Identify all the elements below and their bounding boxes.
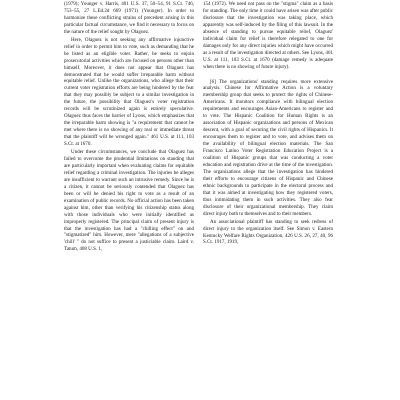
paragraph: An associational plaintiff has standing … — [203, 219, 333, 247]
right-column: 154 (1972). We need not pass on the "sti… — [203, 1, 333, 246]
paragraph-continuation: (1979); Younger v. Harris, 401 U.S. 37, … — [64, 1, 194, 36]
left-column: (1979); Younger v. Harris, 401 U.S. 37, … — [64, 1, 194, 253]
paragraph: Here, Olaguez is not seeking any affirma… — [64, 37, 194, 148]
paragraph-continuation: 154 (1972). We need not pass on the "sti… — [203, 1, 333, 71]
paragraph: Under these circumstances, we conclude t… — [64, 149, 194, 253]
document-page: (1979); Younger v. Harris, 401 U.S. 37, … — [64, 0, 342, 400]
paragraph-headnote: [6] The organizations' standing requires… — [203, 79, 333, 218]
